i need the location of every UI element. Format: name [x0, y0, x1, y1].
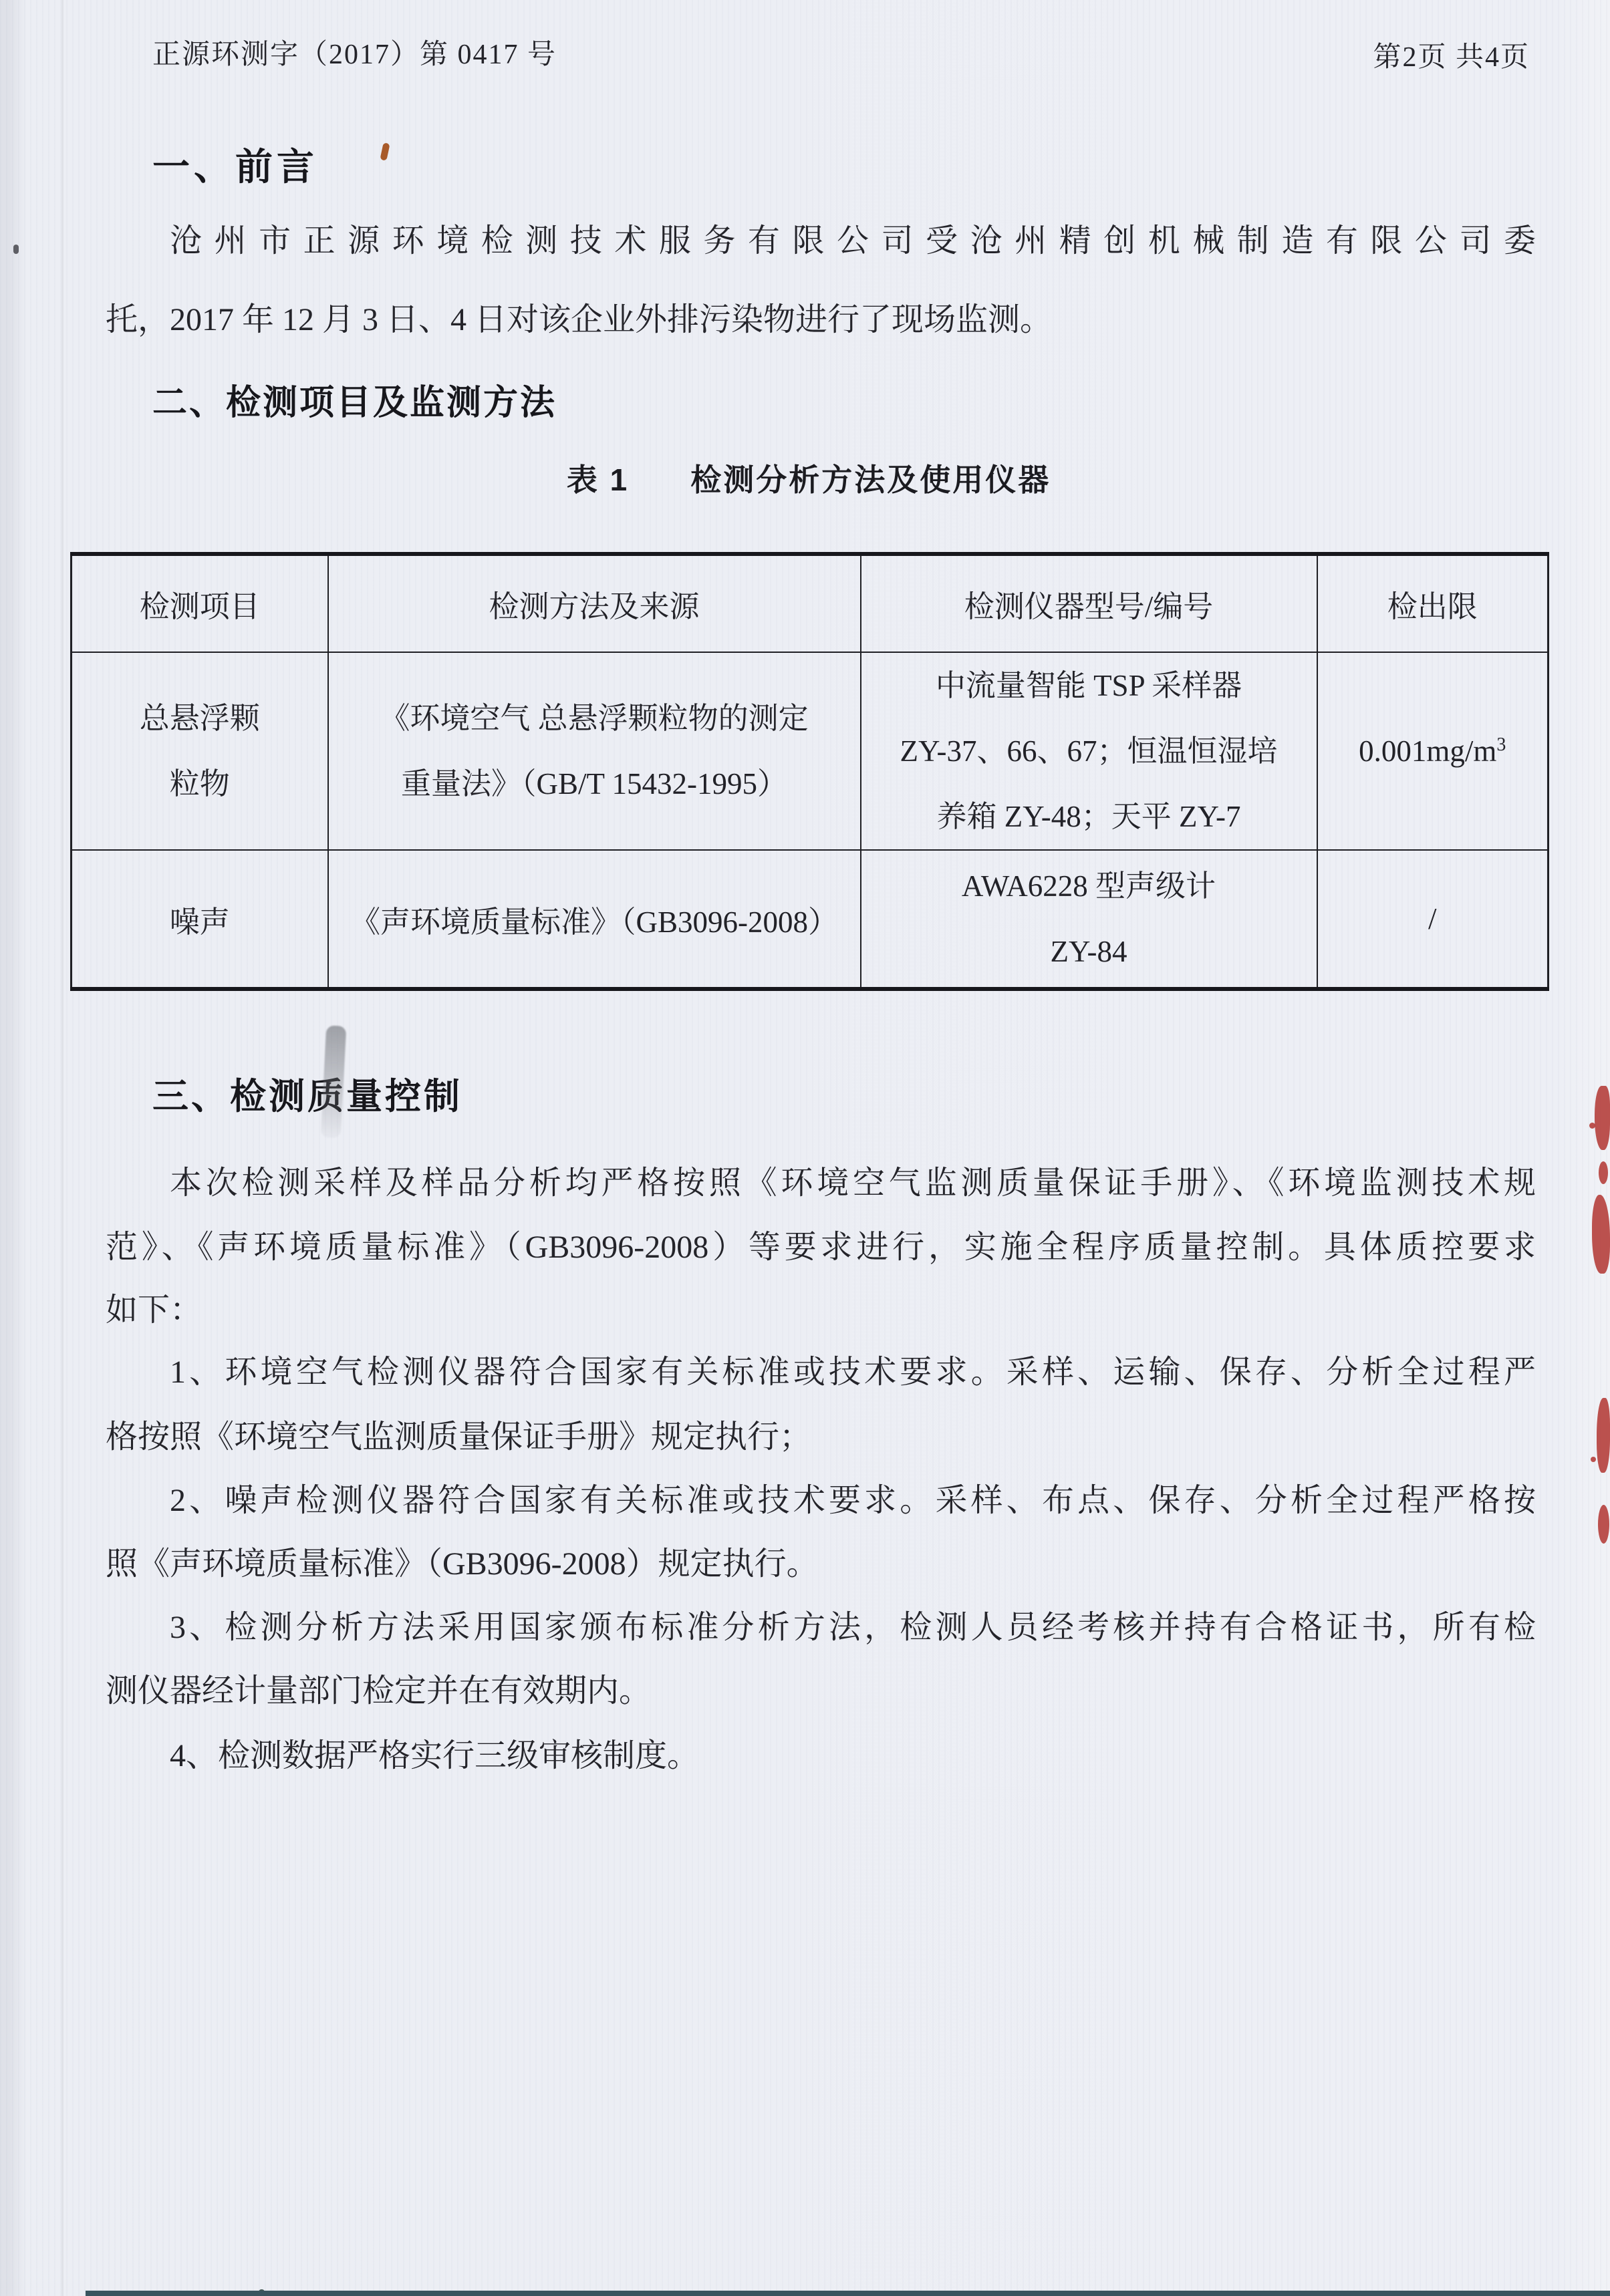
- scan-speck: [13, 245, 19, 254]
- col-header-method: 检测方法及来源: [328, 554, 861, 652]
- red-ink-dot: [1591, 1457, 1596, 1462]
- cell-instrument-tsp: 中流量智能 TSP 采样器 ZY-37、66、67；恒温恒湿培 养箱 ZY-48…: [861, 652, 1317, 850]
- qc-line-1: 本次检测采样及样品分析均严格按照《环境空气监测质量保证手册》、《环境监测技术规: [106, 1163, 1536, 1204]
- cell-detection-limit-tsp: 0.001mg/m3: [1317, 652, 1549, 850]
- qc-line-3: 如下：: [106, 1290, 1536, 1331]
- table-row-tsp: 总悬浮颗 粒物 《环境空气 总悬浮颗粒物的测定 重量法》（GB/T 15432-…: [72, 652, 1549, 850]
- qc-line-5: 格按照《环境空气监测质量保证手册》规定执行；: [106, 1417, 1536, 1458]
- col-header-item: 检测项目: [72, 554, 328, 652]
- table-caption-title: 检测分析方法及使用仪器: [690, 462, 1051, 497]
- page-indicator: 第2页 共4页: [1373, 35, 1530, 75]
- preface-line-2: 托，2017 年 12 月 3 日、4 日对该企业外排污染物进行了现场监测。: [106, 299, 1536, 341]
- col-header-detection-limit: 检出限: [1317, 554, 1549, 652]
- red-ink-dot: [1589, 1123, 1595, 1129]
- red-ink-blot: [1597, 1398, 1610, 1473]
- paper-crease-line: [61, 0, 63, 2296]
- table-caption-label: 表 1: [567, 462, 629, 497]
- scan-bottom-edge-bar: [86, 2291, 1610, 2296]
- col-header-instrument: 检测仪器型号/编号: [861, 554, 1317, 652]
- cell-detection-limit-noise: /: [1317, 850, 1549, 989]
- qc-line-2: 范》、《声环境质量标准》（GB3096-2008）等要求进行，实施全程序质量控制…: [106, 1227, 1536, 1268]
- red-ink-blot: [1599, 1161, 1608, 1184]
- cell-item-noise: 噪声: [72, 850, 328, 989]
- qc-line-9: 测仪器经计量部门检定并在有效期内。: [106, 1671, 1536, 1712]
- section1-heading: 一、前言: [152, 138, 318, 191]
- red-ink-blot: [1595, 1086, 1610, 1150]
- cell-method-noise: 《声环境质量标准》（GB3096-2008）: [328, 850, 861, 989]
- qc-line-7: 照《声环境质量标准》（GB3096-2008）规定执行。: [106, 1544, 1536, 1585]
- qc-line-4: 1、环境空气检测仪器符合国家有关标准或技术要求。采样、运输、保存、分析全过程严: [106, 1352, 1536, 1393]
- table-row-noise: 噪声 《声环境质量标准》（GB3096-2008） AWA6228 型声级计 Z…: [72, 850, 1549, 989]
- document-number: 正源环测字（2017）第 0417 号: [152, 32, 557, 72]
- page-header: 正源环测字（2017）第 0417 号 第2页 共4页: [0, 32, 1610, 72]
- cell-item-tsp: 总悬浮颗 粒物: [72, 652, 328, 850]
- section3-heading: 三、检测质量控制: [152, 1068, 462, 1119]
- qc-line-6: 2、噪声检测仪器符合国家有关标准或技术要求。采样、布点、保存、分析全过程严格按: [106, 1480, 1536, 1522]
- qc-line-8: 3、检测分析方法采用国家颁布标准分析方法，检测人员经考核并持有合格证书，所有检: [106, 1607, 1536, 1648]
- table-caption: 表 1检测分析方法及使用仪器: [70, 456, 1547, 500]
- red-ink-blot: [1598, 1505, 1609, 1544]
- table-header-row: 检测项目 检测方法及来源 检测仪器型号/编号 检出限: [72, 554, 1549, 652]
- methods-instruments-table: 检测项目 检测方法及来源 检测仪器型号/编号 检出限 总悬浮颗 粒物 《环境空气…: [70, 552, 1549, 991]
- orange-ink-speck: [380, 142, 390, 161]
- scanned-report-page: 正源环测字（2017）第 0417 号 第2页 共4页 一、前言 沧州市正源环境…: [0, 0, 1610, 2296]
- cell-instrument-noise: AWA6228 型声级计 ZY-84: [861, 850, 1317, 989]
- section2-heading: 二、检测项目及监测方法: [152, 374, 557, 424]
- preface-line-1: 沧州市正源环境检测技术服务有限公司受沧州精创机械制造有限公司委: [106, 221, 1536, 262]
- qc-line-10: 4、检测数据严格实行三级审核制度。: [106, 1735, 1536, 1777]
- ink-smudge: [321, 1025, 347, 1138]
- red-ink-blot: [1592, 1195, 1610, 1274]
- cell-method-tsp: 《环境空气 总悬浮颗粒物的测定 重量法》（GB/T 15432-1995）: [328, 652, 861, 850]
